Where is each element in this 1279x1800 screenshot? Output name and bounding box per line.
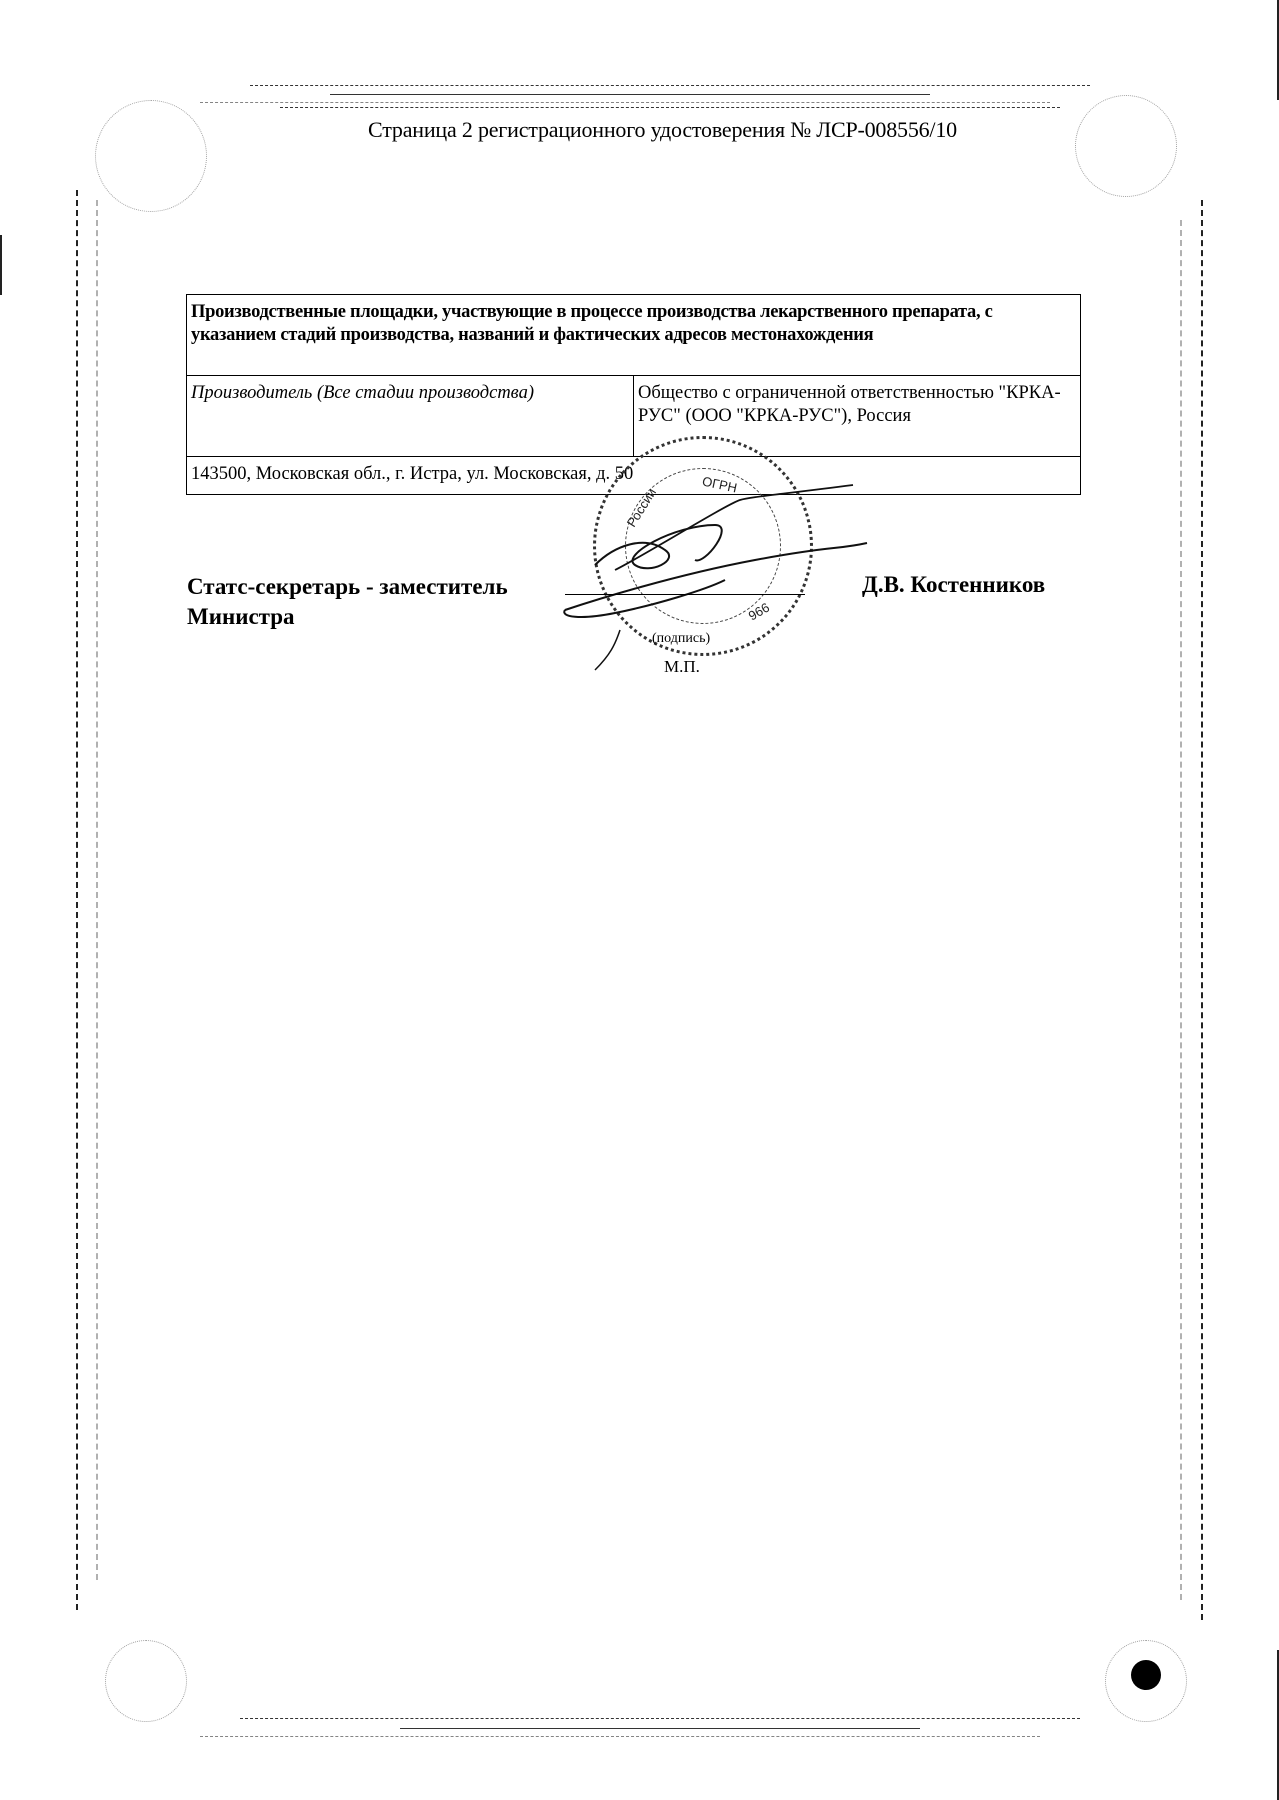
border-top-line-4: [280, 107, 1060, 108]
border-bottom-line-1: [240, 1718, 1080, 1719]
border-right-line-inner: [1180, 220, 1182, 1600]
signatory-name: Д.В. Костенников: [862, 572, 1045, 598]
seal-place-label: М.П.: [664, 657, 700, 677]
border-top-line-3: [200, 102, 1050, 103]
border-left-line: [76, 190, 78, 1610]
border-left-line-inner: [96, 200, 98, 1580]
scan-edge-left: [0, 235, 2, 295]
producer-role-cell: Производитель (Все стадии производства): [187, 376, 634, 457]
table-heading: Производственные площадки, участвующие в…: [187, 295, 1081, 376]
border-right-line: [1201, 200, 1203, 1620]
handwritten-signature: [555, 495, 875, 675]
signature-caption: (подпись): [652, 631, 710, 647]
page-header: Страница 2 регистрационного удостоверени…: [0, 117, 1279, 143]
signature-line: [565, 594, 805, 595]
border-top-line-1: [250, 85, 1090, 86]
punch-hole: [1131, 1660, 1161, 1690]
signatory-title-line-1: Статс-секретарь - заместитель: [187, 572, 508, 602]
signatory-title: Статс-секретарь - заместитель Министра: [187, 572, 508, 632]
signatory-title-line-2: Министра: [187, 602, 508, 632]
table-row: Производитель (Все стадии производства) …: [187, 376, 1081, 457]
corner-ornament-bottom-left: [105, 1640, 187, 1722]
border-bottom-line-3: [200, 1736, 1040, 1737]
border-bottom-line-2: [400, 1728, 920, 1729]
border-top-line-2: [330, 94, 930, 95]
corner-ornament-top-right: [1075, 95, 1177, 197]
